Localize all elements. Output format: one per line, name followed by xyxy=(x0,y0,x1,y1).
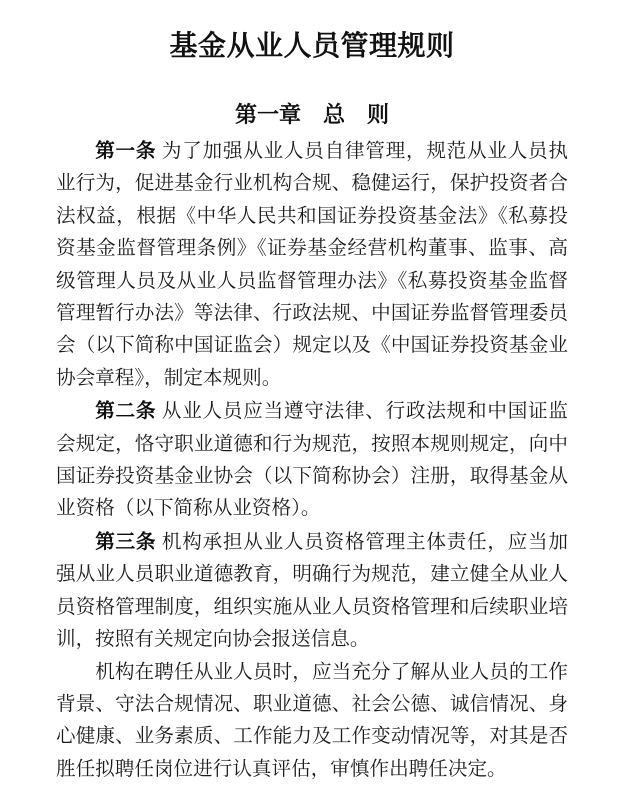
paragraph-article-2: 第二条 从业人员应当遵守法律、行政法规和中国证监会规定，恪守职业道德和行为规范，… xyxy=(56,395,568,526)
document-title: 基金从业人员管理规则 xyxy=(56,28,568,66)
article-1-label: 第一条 xyxy=(95,140,156,162)
document-page: 基金从业人员管理规则 第一章 总 则 第一条 为了加强从业人员自律管理，规范从业… xyxy=(0,0,627,810)
article-3-continued-text: 机构在聘任从业人员时，应当充分了解从业人员的工作背景、守法合规情况、职业道德、社… xyxy=(56,662,568,780)
document-body: 第一条 为了加强从业人员自律管理，规范从业人员执业行为，促进基金行业机构合规、稳… xyxy=(56,135,568,786)
chapter-heading: 第一章 总 则 xyxy=(56,100,568,130)
paragraph-article-3-continued: 机构在聘任从业人员时，应当充分了解从业人员的工作背景、守法合规情况、职业道德、社… xyxy=(56,657,568,787)
paragraph-article-1: 第一条 为了加强从业人员自律管理，规范从业人员执业行为，促进基金行业机构合规、稳… xyxy=(56,135,568,395)
article-1-text: 为了加强从业人员自律管理，规范从业人员执业行为，促进基金行业机构合规、稳健运行，… xyxy=(56,141,568,389)
article-2-label: 第二条 xyxy=(95,400,156,422)
article-3-label: 第三条 xyxy=(95,531,156,553)
paragraph-article-3: 第三条 机构承担从业人员资格管理主体责任，应当加强从业人员职业道德教育，明确行为… xyxy=(56,526,568,657)
